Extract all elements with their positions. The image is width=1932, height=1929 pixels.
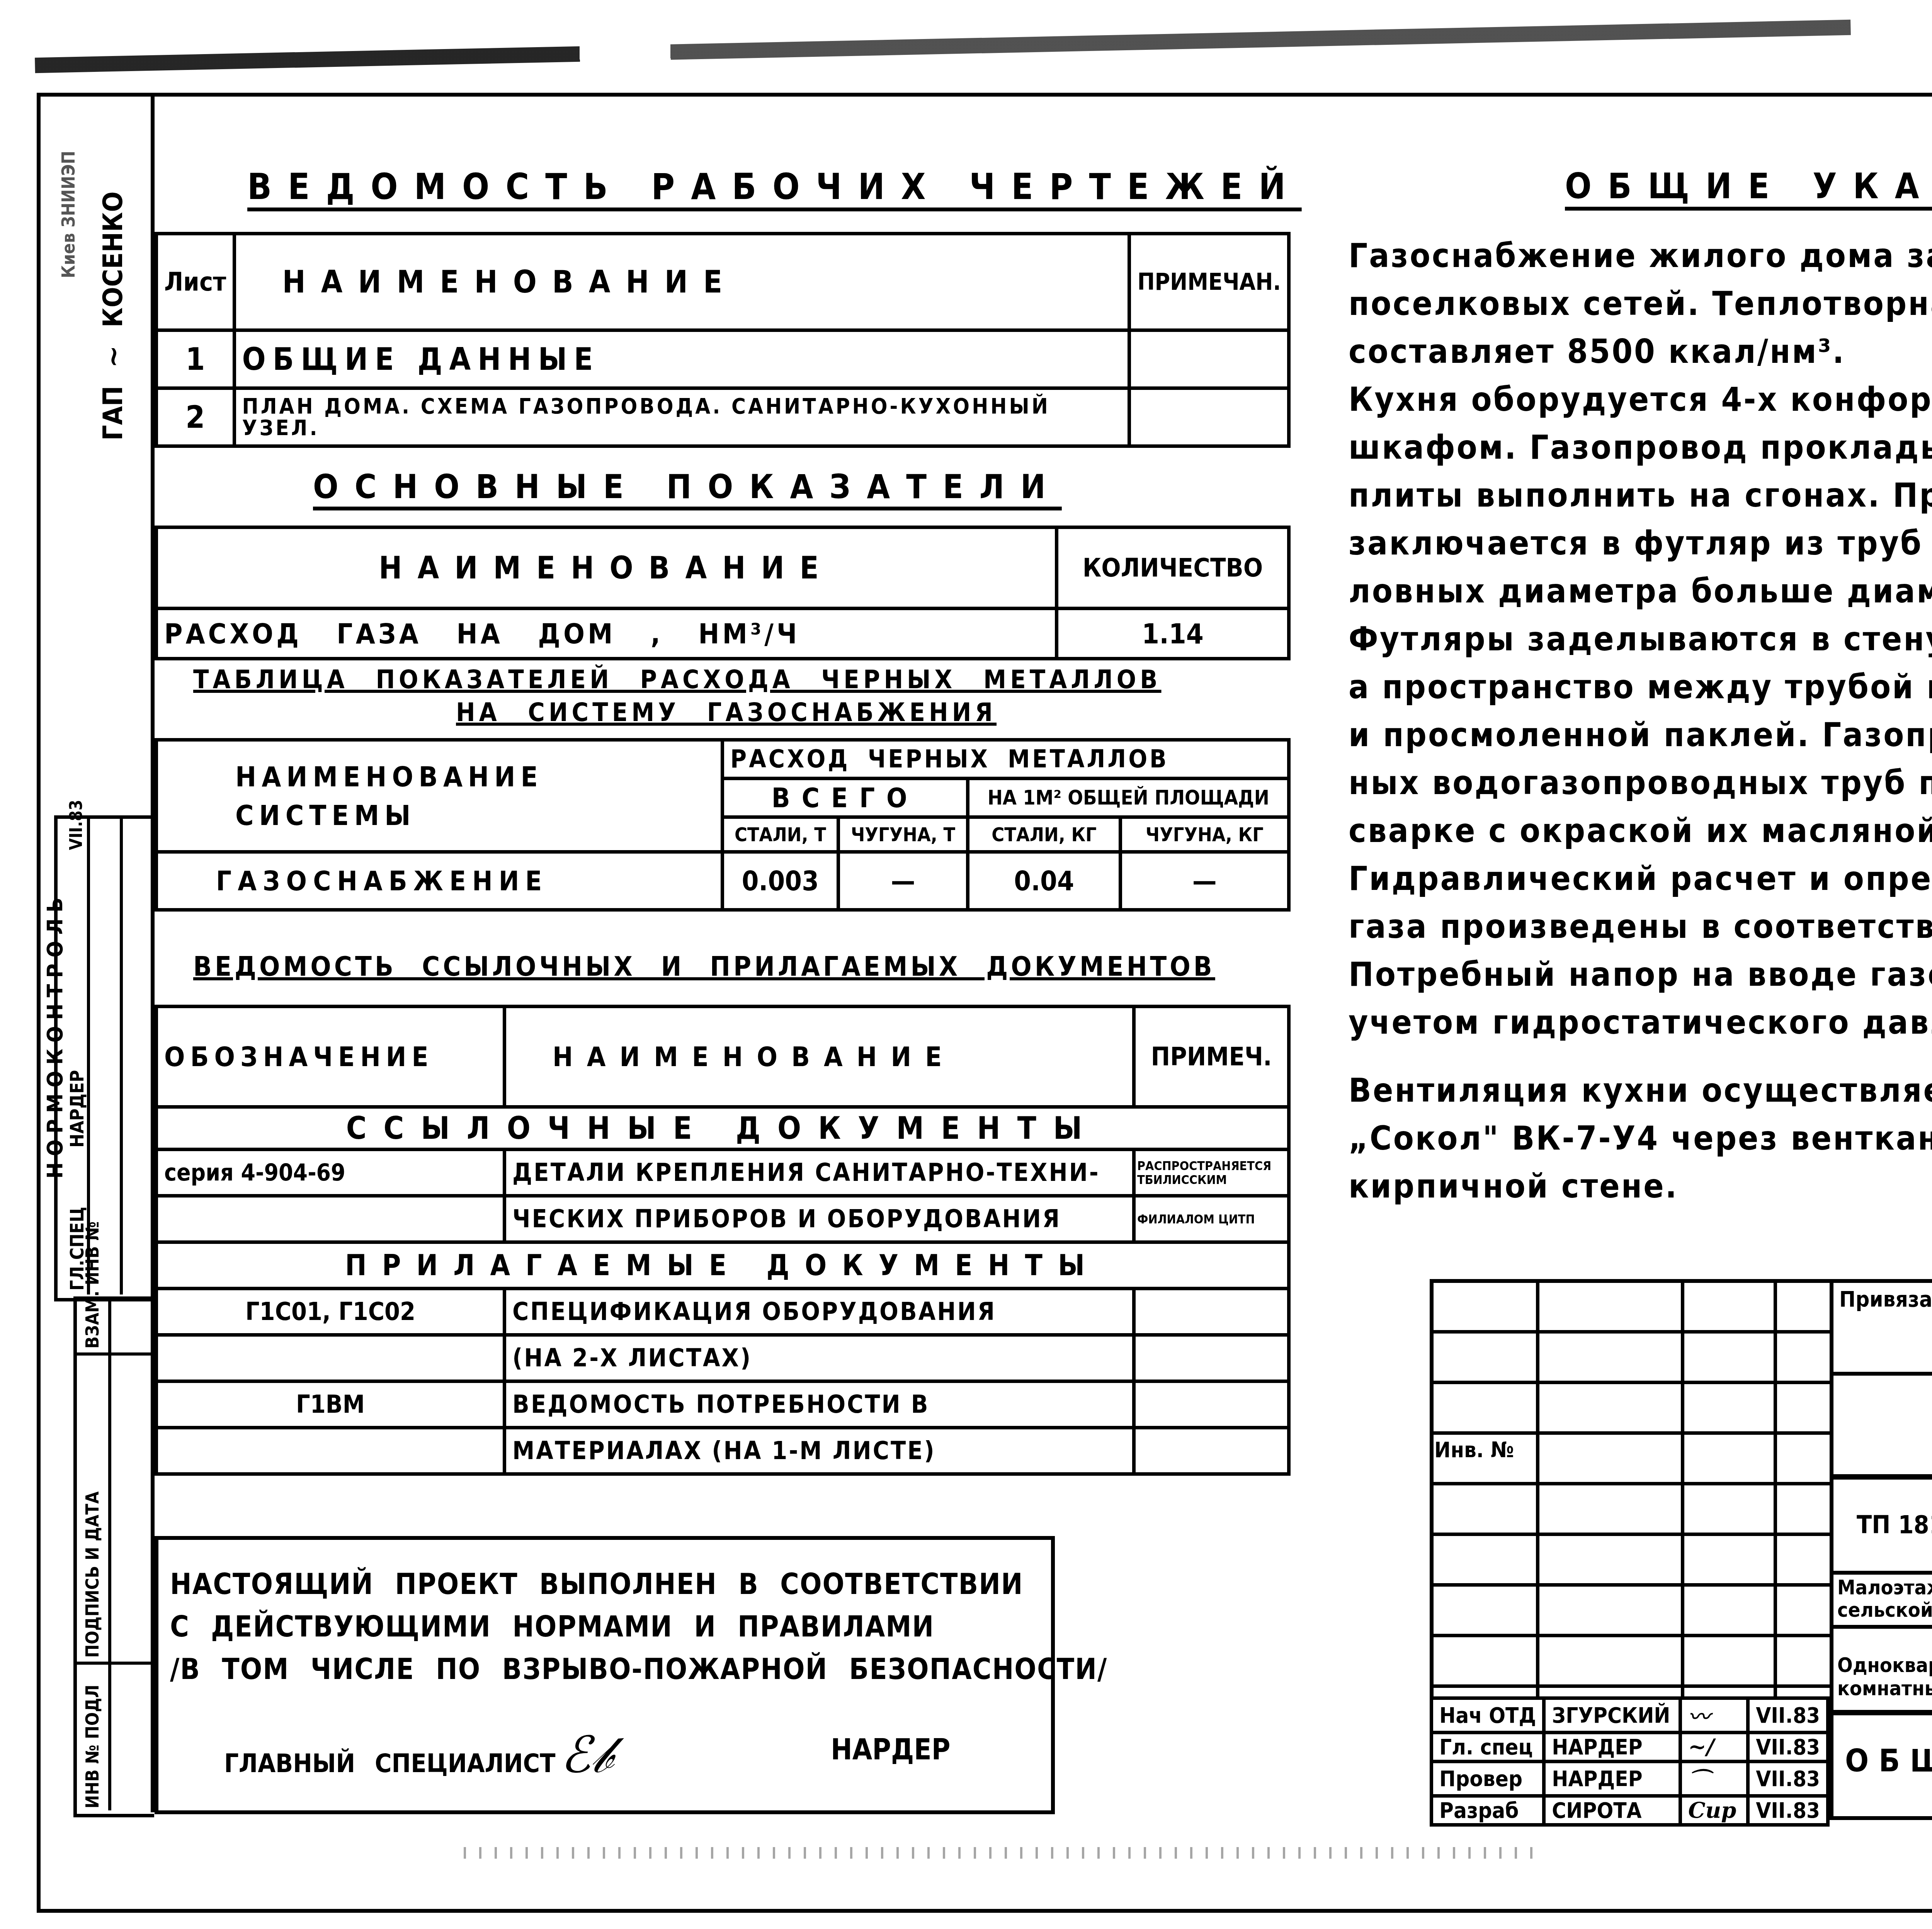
sig-role: Нач ОТД bbox=[1432, 1698, 1544, 1733]
doc-note-header: ПРИМЕЧ. bbox=[1134, 1007, 1289, 1107]
sheet-note bbox=[1129, 388, 1289, 446]
inv-label-signature: ПОДПИСЬ И ДАТА bbox=[82, 1492, 103, 1658]
drawing-code: ТП 181-96-64.85 bbox=[1857, 1511, 1932, 1539]
steel-t-value: 0.003 bbox=[723, 852, 838, 910]
signature-table: Нач ОТД ЗГУРСКИЙ 〰 VII.83 Гл. спец НАРДЕ… bbox=[1430, 1696, 1830, 1827]
sig-mark: 〰 bbox=[1680, 1698, 1748, 1733]
note-line: Газоснабжение жилого дома запроектирован… bbox=[1349, 232, 1932, 280]
note-line: а пространство между трубой и футляром з… bbox=[1349, 663, 1932, 711]
metal-table-title-2: НА СИСТЕМУ ГАЗОСНАБЖЕНИЯ bbox=[456, 697, 997, 727]
row-line bbox=[1833, 1710, 1932, 1715]
doc-note bbox=[1134, 1289, 1289, 1335]
doc-name: ЧЕСКИХ ПРИБОРОВ И ОБОРУДОВАНИЯ bbox=[505, 1196, 1134, 1242]
doc-name: МАТЕРИАЛАХ (НА 1-М ЛИСТЕ) bbox=[505, 1428, 1134, 1474]
row-line bbox=[1833, 1625, 1932, 1629]
sig-role: Провер bbox=[1432, 1762, 1544, 1796]
note-line: плиты выполнить на сгонах. При пересечен… bbox=[1349, 471, 1932, 519]
doc-code bbox=[156, 1428, 505, 1474]
table-row: ЧЕСКИХ ПРИБОРОВ И ОБОРУДОВАНИЯ ФИЛИАЛОМ … bbox=[156, 1196, 1289, 1242]
sig-name: ЗГУРСКИЙ bbox=[1544, 1698, 1680, 1733]
table-row: Г1ВМ ВЕДОМОСТЬ ПОТРЕБНОСТИ В bbox=[156, 1381, 1289, 1428]
total-header: ВСЕГО bbox=[723, 779, 968, 817]
object-title: Одноквартирный одноэтажный 4-комнатный д… bbox=[1837, 1654, 1932, 1700]
normo-name: НАРДЕР bbox=[66, 1070, 88, 1148]
section-reference: ССЫЛОЧНЫЕ ДОКУМЕНТЫ bbox=[156, 1107, 1289, 1150]
note-line: сварке с окраской их масляной краской за… bbox=[1349, 807, 1932, 855]
metal-table: НАИМЕНОВАНИЕ СИСТЕМЫ РАСХОД ЧЕРНЫХ МЕТАЛ… bbox=[155, 738, 1291, 912]
gap-stamp: ГАП ~ КОСЕНКО bbox=[97, 191, 129, 441]
general-notes-body: Газоснабжение жилого дома запроектирован… bbox=[1349, 232, 1932, 1046]
table-row: ГАЗОСНАБЖЕНИЕ 0.003 — 0.04 — bbox=[156, 852, 1289, 910]
system-name: ГАЗОСНАБЖЕНИЕ bbox=[156, 852, 723, 910]
steel-kg-header: СТАЛИ, КГ bbox=[968, 817, 1120, 852]
sig-name: СИРОТА bbox=[1544, 1796, 1680, 1825]
sig-date: VII.83 bbox=[1748, 1796, 1828, 1825]
row-line bbox=[1833, 1372, 1932, 1376]
col-name-header: НАИМЕНОВАНИЕ bbox=[234, 234, 1129, 330]
doc-note: ФИЛИАЛОМ ЦИТП bbox=[1134, 1196, 1289, 1242]
stamp-name: КОСЕНКО bbox=[97, 191, 129, 327]
note-line: Вентиляция кухни осуществляется вентилят… bbox=[1349, 1067, 1932, 1114]
note-line: учетом гидростатического давления. bbox=[1349, 999, 1932, 1046]
drawings-list-table: Лист НАИМЕНОВАНИЕ ПРИМЕЧАН. 1 ОБЩИЕ ДАНН… bbox=[155, 232, 1291, 448]
sig-name: НАРДЕР bbox=[1544, 1762, 1680, 1796]
doc-code bbox=[156, 1335, 505, 1381]
iron-t-header: ЧУГУНА, Т bbox=[838, 817, 968, 852]
documents-table: ОБОЗНАЧЕНИЕ НАИМЕНОВАНИЕ ПРИМЕЧ. ССЫЛОЧН… bbox=[155, 1005, 1291, 1476]
note-line: Гидравлический расчет и определение расх… bbox=[1349, 855, 1932, 903]
note-line: кирпичной стене. bbox=[1349, 1162, 1932, 1210]
iron-t-value: — bbox=[838, 852, 968, 910]
compliance-line: /В ТОМ ЧИСЛЕ ПО ВЗРЫВО-ПОЖАРНОЙ БЕЗОПАСН… bbox=[170, 1648, 1107, 1691]
stamp-role: ГАП bbox=[97, 386, 129, 441]
section-attached: ПРИЛАГАЕМЫЕ ДОКУМЕНТЫ bbox=[156, 1242, 1289, 1289]
documents-title: ВЕДОМОСТЬ ССЫЛОЧНЫХ И ПРИЛАГАЕМЫХ ДОКУМЕ… bbox=[193, 951, 1215, 982]
inv-row-line bbox=[73, 1352, 151, 1356]
sig-date: VII.83 bbox=[1748, 1733, 1828, 1762]
sheet-number: 2 bbox=[156, 388, 235, 446]
doc-name: (НА 2-Х ЛИСТАХ) bbox=[505, 1335, 1134, 1381]
steel-kg-value: 0.04 bbox=[968, 852, 1120, 910]
note-line: поселковых сетей. Теплотворная способнос… bbox=[1349, 280, 1932, 328]
sig-date: VII.83 bbox=[1748, 1698, 1828, 1733]
sig-role: Гл. спец bbox=[1432, 1733, 1544, 1762]
iron-kg-value: — bbox=[1120, 852, 1289, 910]
sheet-note bbox=[1129, 330, 1289, 388]
doc-note bbox=[1134, 1335, 1289, 1381]
inv-divider bbox=[108, 1296, 111, 1810]
scan-edge-noise bbox=[35, 20, 1851, 73]
main-indicators-table: НАИМЕНОВАНИЕ КОЛИЧЕСТВО РАСХОД ГАЗА НА Д… bbox=[155, 526, 1291, 660]
normo-date: VII.83 bbox=[66, 800, 86, 850]
note-line: Футляры заделываются в стену на цементно… bbox=[1349, 615, 1932, 663]
linked-label: Привязан bbox=[1839, 1287, 1932, 1312]
note-line: „Сокол" ВК-7-У4 через вентканал, располо… bbox=[1349, 1114, 1932, 1162]
main-indicators-title: ОСНОВНЫЕ ПОКАЗАТЕЛИ bbox=[313, 468, 1062, 506]
signer-role: ГЛАВНЫЙ СПЕЦИАЛИСТ bbox=[224, 1749, 556, 1778]
sig-date: VII.83 bbox=[1748, 1762, 1828, 1796]
col-sheet-header: Лист bbox=[156, 234, 235, 330]
signer-name: НАРДЕР bbox=[831, 1733, 951, 1766]
doc-note: РАСПРОСТРАНЯЕТСЯ ТБИЛИССКИМ bbox=[1134, 1150, 1289, 1196]
inv-label-original: ИНВ № ПОДЛ bbox=[82, 1685, 103, 1808]
doc-name: СПЕЦИФИКАЦИЯ ОБОРУДОВАНИЯ bbox=[505, 1289, 1134, 1335]
iron-kg-header: ЧУГУНА, КГ bbox=[1120, 817, 1289, 852]
table-row: МАТЕРИАЛАХ (НА 1-М ЛИСТЕ) bbox=[156, 1428, 1289, 1474]
indicator-name-header: НАИМЕНОВАНИЕ bbox=[156, 527, 1057, 609]
signature-row: Разраб СИРОТА Сир VII.83 bbox=[1432, 1796, 1828, 1825]
table-row: 2 ПЛАН ДОМА. СХЕМА ГАЗОПРОВОДА. САНИТАРН… bbox=[156, 388, 1289, 446]
signature-row: Провер НАРДЕР ⌒ VII.83 bbox=[1432, 1762, 1828, 1796]
doc-note bbox=[1134, 1428, 1289, 1474]
compliance-box: НАСТОЯЩИЙ ПРОЕКТ ВЫПОЛНЕН В СООТВЕТСТВИИ… bbox=[155, 1536, 1055, 1814]
sheet-name: ОБЩИЕ ДАННЫЕ bbox=[234, 330, 1129, 388]
project-title: Малоэтажные жилые дома для государственн… bbox=[1837, 1577, 1932, 1621]
system-header: НАИМЕНОВАНИЕ СИСТЕМЫ bbox=[156, 740, 723, 852]
sheet-title: ОБЩИЕ ДАННЫЕ bbox=[1845, 1743, 1932, 1779]
scan-bottom-noise bbox=[464, 1847, 1546, 1859]
compliance-line: НАСТОЯЩИЙ ПРОЕКТ ВЫПОЛНЕН В СООТВЕТСТВИИ bbox=[170, 1563, 1107, 1606]
faint-stamp: Киев ЗНИИЭП bbox=[58, 151, 79, 278]
note-line: составляет 8500 ккал/нм³. bbox=[1349, 328, 1932, 376]
general-notes-title: ОБЩИЕ УКАЗАНИЯ bbox=[1565, 166, 1932, 207]
table-row: (НА 2-Х ЛИСТАХ) bbox=[156, 1335, 1289, 1381]
doc-code: Г1С01, Г1С02 bbox=[156, 1289, 505, 1335]
compliance-line: С ДЕЙСТВУЮЩИМИ НОРМАМИ И ПРАВИЛАМИ bbox=[170, 1606, 1107, 1648]
doc-name-header: НАИМЕНОВАНИЕ bbox=[505, 1007, 1134, 1107]
sig-mark: ⌒ bbox=[1680, 1762, 1748, 1796]
metal-table-title-1: ТАБЛИЦА ПОКАЗАТЕЛЕЙ РАСХОДА ЧЕРНЫХ МЕТАЛ… bbox=[193, 665, 1162, 694]
inv-label-replaced: ВЗАМ. ИНВ № bbox=[82, 1221, 103, 1349]
indicator-value: 1.14 bbox=[1057, 609, 1289, 659]
code-header: ОБОЗНАЧЕНИЕ bbox=[156, 1007, 505, 1107]
sig-role: Разраб bbox=[1432, 1796, 1544, 1825]
sheet-number: 1 bbox=[156, 330, 235, 388]
signature-row: Гл. спец НАРДЕР ~/ VII.83 bbox=[1432, 1733, 1828, 1762]
doc-code: Г1ВМ bbox=[156, 1381, 505, 1428]
sheet-name: ПЛАН ДОМА. СХЕМА ГАЗОПРОВОДА. САНИТАРНО-… bbox=[234, 388, 1129, 446]
signature-mark: ℰ𝒷 bbox=[560, 1725, 612, 1785]
row-line bbox=[1833, 1474, 1932, 1480]
ventilation-notes: Вентиляция кухни осуществляется вентилят… bbox=[1349, 1067, 1932, 1210]
sig-name: НАРДЕР bbox=[1544, 1733, 1680, 1762]
per-m2-header: НА 1М² ОБЩЕЙ ПЛОЩАДИ bbox=[968, 779, 1289, 817]
doc-code: серия 4-904-69 bbox=[156, 1150, 505, 1196]
normocontrol-label: НОРМОКОНТРОЛЬ bbox=[43, 891, 68, 1179]
steel-t-header: СТАЛИ, Т bbox=[723, 817, 838, 852]
indicator-qty-header: КОЛИЧЕСТВО bbox=[1057, 527, 1289, 609]
note-line: Потребный напор на вводе газопровода опр… bbox=[1349, 951, 1932, 999]
row-line bbox=[1833, 1571, 1932, 1575]
note-line: ных водогазопроводных труб по ГОСТ 3262-… bbox=[1349, 759, 1932, 807]
table-row: Г1С01, Г1С02 СПЕЦИФИКАЦИЯ ОБОРУДОВАНИЯ bbox=[156, 1289, 1289, 1335]
inv-row-line bbox=[73, 1662, 151, 1665]
table-row: РАСХОД ГАЗА НА ДОМ , НМ³/Ч 1.14 bbox=[156, 609, 1289, 659]
col-note-header: ПРИМЕЧАН. bbox=[1129, 234, 1289, 330]
indicator-name: РАСХОД ГАЗА НА ДОМ , НМ³/Ч bbox=[156, 609, 1057, 659]
table-row: серия 4-904-69 ДЕТАЛИ КРЕПЛЕНИЯ САНИТАРН… bbox=[156, 1150, 1289, 1196]
note-line: ловных диаметра больше диаметра газопров… bbox=[1349, 567, 1932, 615]
doc-note bbox=[1134, 1381, 1289, 1428]
doc-code bbox=[156, 1196, 505, 1242]
normo-divider-2 bbox=[120, 815, 123, 1295]
note-line: заключается в футляр из труб диаметром н… bbox=[1349, 519, 1932, 567]
note-line: газа произведены в соответствии со СНиП … bbox=[1349, 903, 1932, 951]
signature-row: Нач ОТД ЗГУРСКИЙ 〰 VII.83 bbox=[1432, 1698, 1828, 1733]
inv-number-label: Инв. № bbox=[1434, 1437, 1514, 1463]
metal-group-header: РАСХОД ЧЕРНЫХ МЕТАЛЛОВ bbox=[723, 740, 1289, 779]
sig-mark: Сир bbox=[1680, 1796, 1748, 1825]
drawings-list-title: ВЕДОМОСТЬ РАБОЧИХ ЧЕРТЕЖЕЙ bbox=[247, 166, 1302, 208]
doc-name: ВЕДОМОСТЬ ПОТРЕБНОСТИ В bbox=[505, 1381, 1134, 1428]
note-line: Кухня оборудуется 4-х конфорочной газово… bbox=[1349, 376, 1932, 424]
note-line: шкафом. Газопровод прокладывается открыт… bbox=[1349, 424, 1932, 471]
table-row: 1 ОБЩИЕ ДАННЫЕ bbox=[156, 330, 1289, 388]
sig-mark: ~/ bbox=[1680, 1733, 1748, 1762]
doc-name: ДЕТАЛИ КРЕПЛЕНИЯ САНИТАРНО-ТЕХНИ- bbox=[505, 1150, 1134, 1196]
note-line: и просмоленной паклей. Газопровод монтир… bbox=[1349, 711, 1932, 759]
title-block-main: Привязан ТП 181-96-64.85 Н Малоэтажные ж… bbox=[1830, 1279, 1932, 1820]
